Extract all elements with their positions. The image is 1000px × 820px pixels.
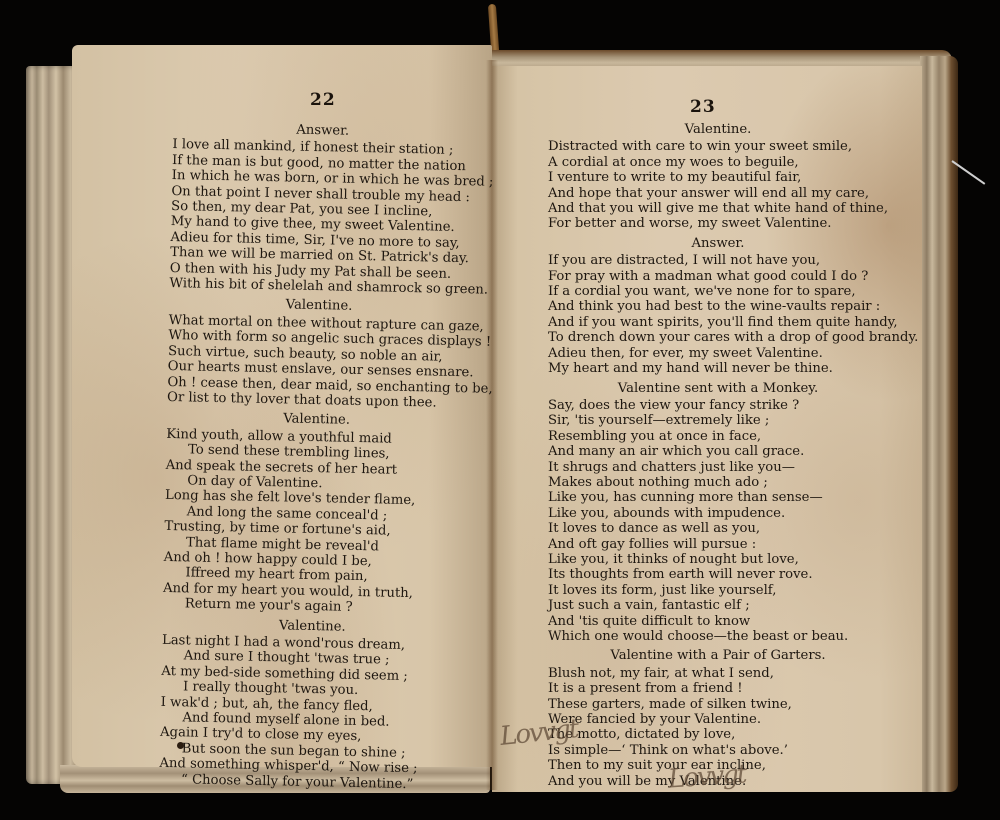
poem-line: It is a present from a friend !	[548, 681, 888, 696]
poem-line: And hope that your answer will end all m…	[548, 186, 888, 201]
poem-line: Adieu then, for ever, my sweet Valentine…	[548, 346, 888, 361]
poem-line: And oft gay follies will pursue :	[548, 537, 888, 552]
right-page-text: Valentine.Distracted with care to win yo…	[548, 118, 888, 789]
poem-heading: Answer.	[548, 236, 888, 251]
poem-line: I venture to write to my beautiful fair,	[548, 170, 888, 185]
poem-line: Is simple—‘ Think on what's above.’	[548, 743, 888, 758]
poem-line: Distracted with care to win your sweet s…	[548, 139, 888, 154]
poem-line: And 'tis quite difficult to know	[548, 614, 888, 629]
poem-line: If a cordial you want, we've none for to…	[548, 284, 888, 299]
page-number-left: 22	[310, 90, 336, 110]
poem-line: My heart and my hand will never be thine…	[548, 361, 888, 376]
poem-line: For pray with a madman what good could I…	[548, 269, 888, 284]
poem-line: Say, does the view your fancy strike ?	[548, 398, 888, 413]
poem-line: Just such a vain, fantastic elf ;	[548, 598, 888, 613]
poem-line: Like you, it thinks of nought but love,	[548, 552, 888, 567]
poem-line: It loves its form, just like yourself,	[548, 583, 888, 598]
poem-line: To drench down your cares with a drop of…	[548, 330, 888, 345]
poem-line: For better and worse, my sweet Valentine…	[548, 216, 888, 231]
poem-line: If you are distracted, I will not have y…	[548, 253, 888, 268]
page-number-right: 23	[690, 97, 716, 117]
poem-line: A cordial at once my woes to beguile,	[548, 155, 888, 170]
poem-line: Its thoughts from earth will never rove.	[548, 567, 888, 582]
poem-line: These garters, made of silken twine,	[548, 697, 888, 712]
poem-line: The motto, dictated by love,	[548, 727, 888, 742]
poem-line: And that you will give me that white han…	[548, 201, 888, 216]
poem-line: It shrugs and chatters just like you—	[548, 460, 888, 475]
poem-line: And many an air which you call grace.	[548, 444, 888, 459]
ink-spot	[177, 742, 184, 749]
right-page-edges	[920, 56, 958, 792]
poem-line: Makes about nothing much ado ;	[548, 475, 888, 490]
poem-heading: Valentine sent with a Monkey.	[548, 381, 888, 396]
poem-line: Like you, has cunning more than sense—	[548, 490, 888, 505]
book-gutter	[486, 60, 498, 790]
poem-line: It loves to dance as well as you,	[548, 521, 888, 536]
poem-line: And think you had best to the wine-vault…	[548, 299, 888, 314]
poem-heading: Valentine.	[548, 122, 888, 137]
poem-line: And if you want spirits, you'll find the…	[548, 315, 888, 330]
open-book: 22 23 Answer.I love all mankind, if hone…	[0, 0, 1000, 820]
poem-heading: Valentine with a Pair of Garters.	[548, 648, 888, 663]
handwritten-signature-bottom: Lovvgt	[667, 759, 746, 794]
left-page-text: Answer.I love all mankind, if honest the…	[159, 116, 473, 793]
poem-line: Blush not, my fair, at what I send,	[548, 666, 888, 681]
poem-line: Sir, 'tis yourself—extremely like ;	[548, 413, 888, 428]
poem-line: Which one would choose—the beast or beau…	[548, 629, 888, 644]
poem-line: Resembling you at once in face,	[548, 429, 888, 444]
poem-line: Were fancied by your Valentine.	[548, 712, 888, 727]
poem-line: Like you, abounds with impudence.	[548, 506, 888, 521]
